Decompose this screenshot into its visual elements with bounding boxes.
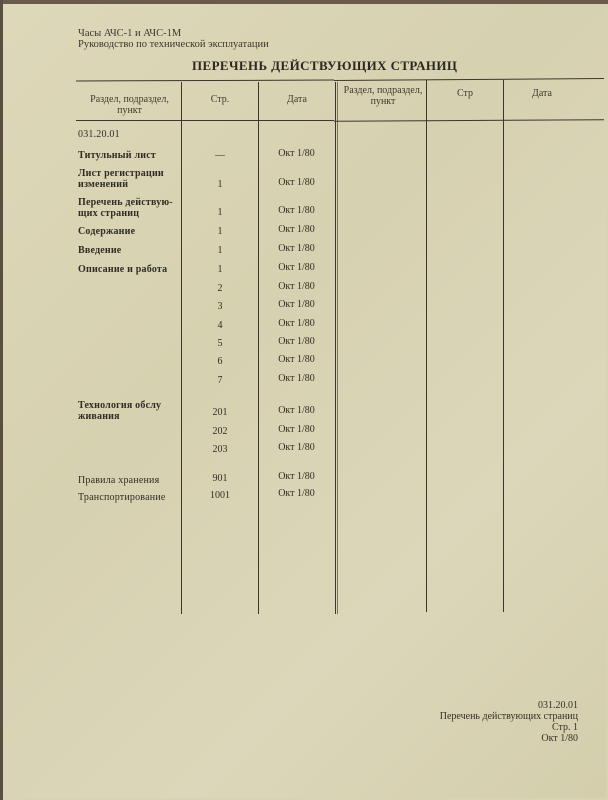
header-bottom-rule-left xyxy=(76,120,334,121)
row-date: Окт 1/80 xyxy=(258,373,335,384)
row-date: Окт 1/80 xyxy=(258,442,335,453)
row-page: — xyxy=(182,150,258,161)
footer-date: Окт 1/80 xyxy=(440,733,578,744)
row-date: Окт 1/80 xyxy=(258,488,335,499)
col-divider-4 xyxy=(426,80,427,612)
footer-doc-code: 031.20.01 xyxy=(440,700,578,711)
row-page: 1 xyxy=(182,264,258,275)
row-date: Окт 1/80 xyxy=(258,281,335,292)
column-header-date: Дата xyxy=(259,94,335,105)
col-divider-3b xyxy=(337,82,338,614)
row-name: Перечень действую-щих страниц xyxy=(78,197,178,219)
page-title: ПЕРЕЧЕНЬ ДЕЙСТВУЮЩИХ СТРАНИЦ xyxy=(192,58,457,74)
row-name: Титульный лист xyxy=(78,150,178,161)
row-page: 5 xyxy=(182,338,258,349)
row-date: Окт 1/80 xyxy=(258,299,335,310)
row-name: Правила хранения xyxy=(78,475,178,486)
doc-code-row: 031.20.01 xyxy=(78,129,178,140)
row-name: Введение xyxy=(78,245,178,256)
row-page: 901 xyxy=(182,473,258,484)
row-page: 201 xyxy=(182,407,258,418)
row-date: Окт 1/80 xyxy=(258,336,335,347)
document-subtitle: Руководство по технической эксплуатации xyxy=(78,39,269,51)
row-name: Технология обслу живания xyxy=(78,400,178,422)
row-date: Окт 1/80 xyxy=(258,471,335,482)
row-date: Окт 1/80 xyxy=(258,424,335,435)
row-page: 7 xyxy=(182,375,258,386)
row-date: Окт 1/80 xyxy=(258,224,335,235)
row-date: Окт 1/80 xyxy=(258,205,335,216)
footer-section: Перечень действующих страниц xyxy=(440,711,578,722)
column-header-section: Раздел, подраздел, пункт xyxy=(78,94,181,116)
row-date: Окт 1/80 xyxy=(258,148,335,159)
row-date: Окт 1/80 xyxy=(258,354,335,365)
row-page: 6 xyxy=(182,356,258,367)
row-date: Окт 1/80 xyxy=(258,318,335,329)
row-page: 202 xyxy=(182,426,258,437)
col-divider-2 xyxy=(258,82,259,614)
row-date: Окт 1/80 xyxy=(258,243,335,254)
row-date: Окт 1/80 xyxy=(258,262,335,273)
row-page: 4 xyxy=(182,320,258,331)
row-page: 203 xyxy=(182,444,258,455)
row-page: 1 xyxy=(182,226,258,237)
page-footer: 031.20.01 Перечень действующих страниц С… xyxy=(440,700,578,744)
col-divider-5 xyxy=(503,80,504,612)
row-date: Окт 1/80 xyxy=(258,405,335,416)
row-page: 1 xyxy=(182,245,258,256)
column-header-page-2: Стр xyxy=(427,88,503,99)
row-page: 1 xyxy=(182,207,258,218)
row-page: 2 xyxy=(182,283,258,294)
row-page: 1 xyxy=(182,179,258,190)
row-name: Описание и работа xyxy=(78,264,178,275)
row-name: Транспортирование xyxy=(78,492,178,503)
column-header-page: Стр. xyxy=(182,94,258,105)
footer-page: Стр. 1 xyxy=(440,722,578,733)
row-page: 1001 xyxy=(182,490,258,501)
row-date: Окт 1/80 xyxy=(258,177,335,188)
col-divider-3 xyxy=(335,82,336,614)
row-name: Лист регистрации изменений xyxy=(78,168,178,190)
row-page: 3 xyxy=(182,301,258,312)
column-header-date-2: Дата xyxy=(504,88,580,99)
column-header-section-2: Раздел, подраздел, пункт xyxy=(340,85,426,107)
row-name: Содержание xyxy=(78,226,178,237)
